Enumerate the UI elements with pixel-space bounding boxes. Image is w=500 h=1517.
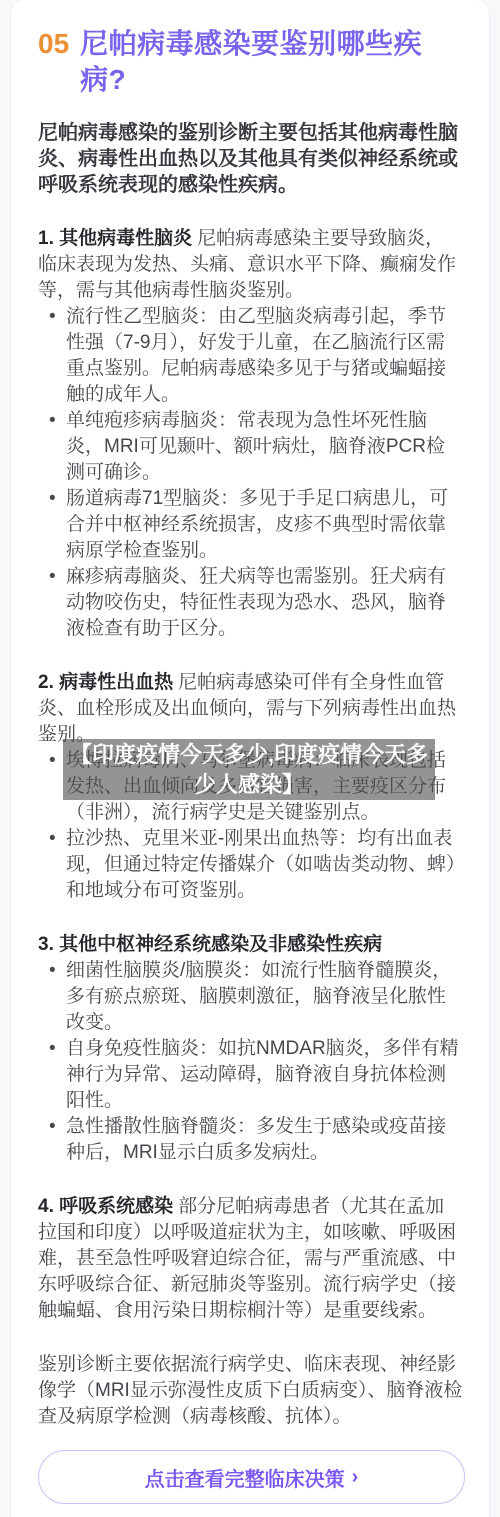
section-heading: 2. 病毒性出血热 (38, 672, 173, 693)
view-full-clinical-decision-button[interactable]: 点击查看完整临床决策 › (38, 1450, 465, 1504)
section-number: 05 (38, 26, 69, 62)
bullet-list: 流行性乙型脑炎：由乙型脑炎病毒引起，季节性强（7-9月），好发于儿童，在乙脑流行… (38, 304, 463, 642)
bullet-item: 细菌性脑膜炎/脑膜炎：如流行性脑脊髓膜炎，多有瘀点瘀斑、脑膜刺激征，脑脊液呈化脓… (38, 958, 463, 1036)
page-title-text: 尼帕病毒感染要鉴别哪些疾病? (80, 26, 463, 98)
bullet-item: 流行性乙型脑炎：由乙型脑炎病毒引起，季节性强（7-9月），好发于儿童，在乙脑流行… (38, 304, 463, 408)
bullet-item: 麻疹病毒脑炎、狂犬病等也需鉴别。狂犬病有动物咬伤史，特征性表现为恐水、恐风，脑脊… (38, 564, 463, 642)
chevron-right-icon: › (352, 1467, 359, 1487)
closing-paragraph: 鉴别诊断主要依据流行病学史、临床表现、神经影像学（MRI显示弥漫性皮质下白质病变… (38, 1352, 463, 1430)
section-lead: 3. 其他中枢神经系统感染及非感染性疾病 (38, 932, 463, 958)
section-heading: 1. 其他病毒性脑炎 (38, 228, 192, 249)
section-other-cns: 3. 其他中枢神经系统感染及非感染性疾病 细菌性脑膜炎/脑膜炎：如流行性脑脊髓膜… (38, 932, 463, 1166)
section-lead: 1. 其他病毒性脑炎尼帕病毒感染主要导致脑炎，临床表现为发热、头痛、意识水平下降… (38, 226, 463, 304)
bullet-item: 单纯疱疹病毒脑炎：常表现为急性坏死性脑炎，MRI可见颞叶、额叶病灶，脑脊液PCR… (38, 408, 463, 486)
section-lead: 4. 呼吸系统感染部分尼帕病毒患者（尤其在孟加拉国和印度）以呼吸道症状为主，如咳… (38, 1194, 463, 1324)
intro-paragraph: 尼帕病毒感染的鉴别诊断主要包括其他病毒性脑炎、病毒性出血热以及其他具有类似神经系… (38, 120, 463, 198)
section-heading: 3. 其他中枢神经系统感染及非感染性疾病 (38, 934, 382, 955)
bullet-item: 拉沙热、克里米亚-刚果出血热等：均有出血表现，但通过特定传播媒介（如啮齿类动物、… (38, 826, 463, 904)
watermark-overlay: 【印度疫情今天多少,印度疫情今天多少人感染】 (63, 739, 435, 800)
bullet-item: 自身免疫性脑炎：如抗NMDAR脑炎，多伴有精神行为异常、运动障碍，脑脊液自身抗体… (38, 1036, 463, 1114)
bullet-list: 细菌性脑膜炎/脑膜炎：如流行性脑脊髓膜炎，多有瘀点瘀斑、脑膜刺激征，脑脊液呈化脓… (38, 958, 463, 1166)
section-viral-encephalitis: 1. 其他病毒性脑炎尼帕病毒感染主要导致脑炎，临床表现为发热、头痛、意识水平下降… (38, 226, 463, 642)
bullet-item: 急性播散性脑脊髓炎：多发生于感染或疫苗接种后，MRI显示白质多发病灶。 (38, 1114, 463, 1166)
watermark-text: 【印度疫情今天多少,印度疫情今天多少人感染】 (65, 740, 433, 800)
section-lead: 2. 病毒性出血热尼帕病毒感染可伴有全身性血管炎、血栓形成及出血倾向，需与下列病… (38, 670, 463, 748)
section-heading: 4. 呼吸系统感染 (38, 1196, 173, 1217)
cta-label: 点击查看完整临床决策 (145, 1463, 345, 1492)
bullet-item: 肠道病毒71型脑炎：多见于手足口病患儿，可合并中枢神经系统损害，皮疹不典型时需依… (38, 486, 463, 564)
page-title: 05 尼帕病毒感染要鉴别哪些疾病? (38, 26, 463, 98)
section-respiratory: 4. 呼吸系统感染部分尼帕病毒患者（尤其在孟加拉国和印度）以呼吸道症状为主，如咳… (38, 1194, 463, 1324)
